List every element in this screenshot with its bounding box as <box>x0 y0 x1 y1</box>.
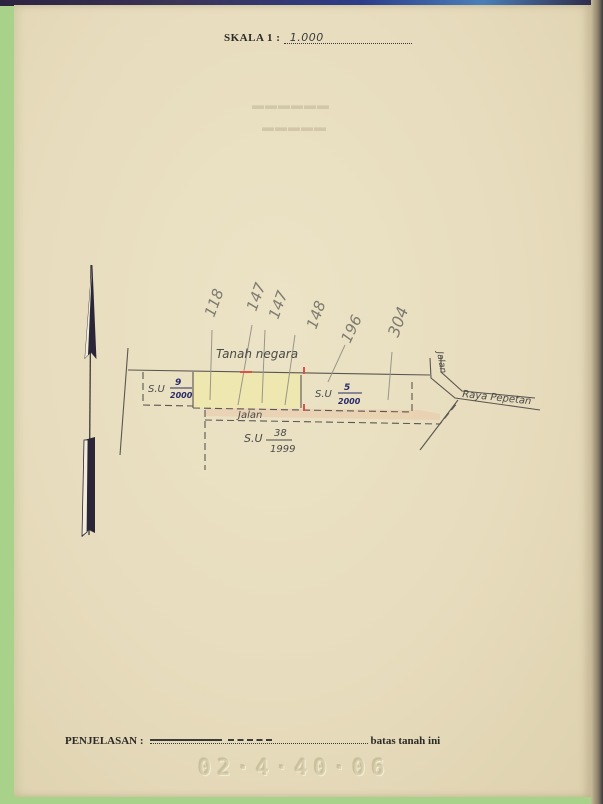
survey-ref-su-5-2000: S.U 5 2000 <box>315 383 362 406</box>
road-label: Jalan <box>236 410 262 421</box>
parcel-number: 304 <box>384 304 412 339</box>
boundary-legend-line <box>150 735 368 744</box>
cadastral-sketch-map: 118 147 147 148 196 304 Tanah negara Jal… <box>0 0 603 804</box>
svg-text:5: 5 <box>344 383 350 393</box>
parcel-yellow-fill <box>193 372 301 408</box>
road-name-label: Raya Pepetan <box>462 389 532 407</box>
explanation-line: PENJELASAN : batas tanah ini <box>65 735 440 747</box>
explanation-suffix: batas tanah ini <box>371 735 441 747</box>
parcel-number: 118 <box>201 286 228 319</box>
svg-text:9: 9 <box>175 378 181 388</box>
svg-text:2000: 2000 <box>338 397 361 406</box>
svg-text:38: 38 <box>274 428 287 439</box>
survey-ref-su-38-1999: S.U 38 1999 <box>244 428 295 455</box>
embossed-serial-stamp: 02·4·40·06 <box>198 756 390 781</box>
svg-text:S.U: S.U <box>148 384 166 395</box>
parcel-number: 196 <box>337 312 365 346</box>
svg-text:1999: 1999 <box>270 444 295 455</box>
road-side-label: Jalan <box>434 349 448 375</box>
svg-text:S.U: S.U <box>244 432 263 445</box>
svg-text:S.U: S.U <box>315 389 333 400</box>
survey-ref-su-9-2000: S.U 9 2000 <box>148 378 193 400</box>
north-arrow-icon <box>82 265 96 537</box>
parcel-number: 147 <box>243 280 270 313</box>
parcel-number: 148 <box>303 298 330 331</box>
parcel-number: 147 <box>265 288 292 321</box>
svg-text:2000: 2000 <box>170 391 193 400</box>
explanation-label: PENJELASAN : <box>65 735 144 747</box>
state-land-label: Tanah negara <box>216 347 298 361</box>
